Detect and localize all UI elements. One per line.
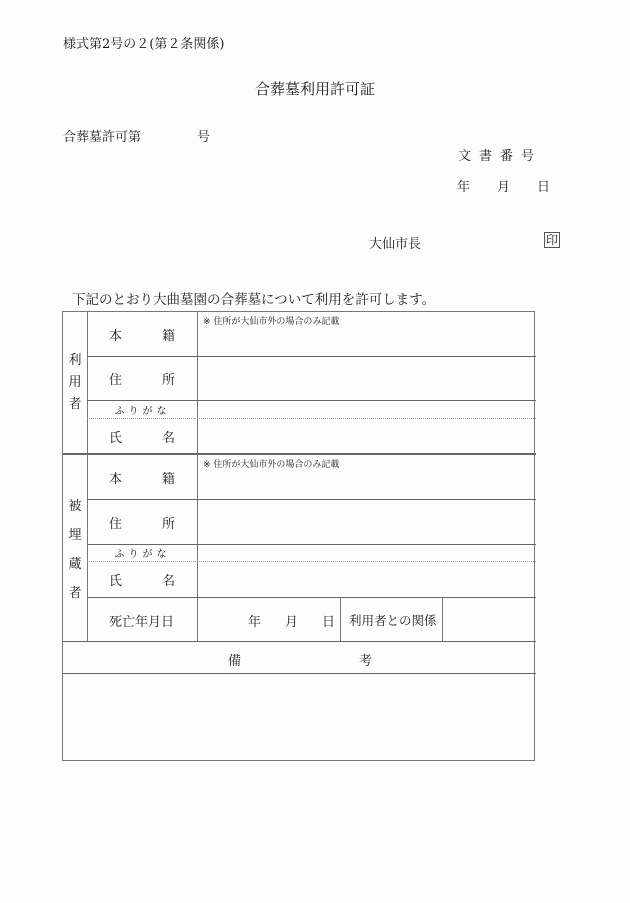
user-name-field[interactable]	[198, 419, 534, 452]
heading-char: 利	[63, 350, 87, 372]
page-title: 合葬墓利用許可証	[0, 78, 630, 99]
heading-char: 者	[63, 394, 87, 416]
user-name-label: 氏名	[109, 419, 175, 453]
label-char: 氏	[109, 570, 122, 589]
document-number-label: 文書番号	[458, 145, 542, 164]
label-char: 住	[109, 513, 122, 532]
deceased-address-label: 住所	[109, 500, 175, 544]
issue-date-month: 月	[497, 176, 537, 195]
label-char: 名	[162, 570, 175, 589]
label-char: 所	[162, 513, 175, 532]
deceased-domicile-field[interactable]	[198, 469, 534, 498]
intro-text: 下記のとおり大曲墓園の合葬墓について利用を許可します。	[72, 288, 435, 308]
form-reference: 様式第2号の２(第２条関係)	[63, 33, 224, 52]
user-section-heading: 利 用 者	[63, 350, 87, 416]
label-char: 本	[109, 325, 122, 344]
heading-char: 者	[63, 579, 87, 608]
label-char: 氏	[109, 427, 122, 446]
issue-date-day: 日	[537, 176, 550, 195]
row-divider	[63, 641, 536, 642]
permit-number-prefix: 合葬墓許可第	[63, 130, 141, 145]
deceased-name-field[interactable]	[198, 562, 534, 596]
remarks-field[interactable]	[64, 674, 534, 760]
label-char: 籍	[162, 325, 175, 344]
relationship-label: 利用者との関係	[349, 611, 437, 629]
label-char: 本	[109, 468, 122, 487]
relationship-field[interactable]	[443, 598, 534, 640]
user-domicile-label: 本籍	[109, 312, 175, 356]
user-domicile-field[interactable]	[198, 326, 534, 355]
deceased-domicile-label: 本籍	[109, 455, 175, 499]
label-char: 籍	[162, 468, 175, 487]
date-of-death-label: 死亡年月日	[109, 611, 174, 630]
issue-date: 年月日	[457, 176, 550, 195]
deceased-section-heading: 被 埋 蔵 者	[63, 492, 87, 608]
user-address-label: 住所	[109, 356, 175, 400]
heading-char: 蔵	[63, 550, 87, 579]
user-furigana-label: ふりがな	[88, 402, 197, 417]
permit-number-suffix: 号	[197, 130, 210, 145]
remarks-heading-char-1: 備	[228, 650, 241, 669]
permit-number: 合葬墓許可第号	[63, 126, 210, 145]
permit-table: 利 用 者 本籍 ※ 住所が大仙市外の場合のみ記載 住所 ふりがな 氏名 被 埋…	[62, 311, 535, 761]
deceased-name-label: 氏名	[109, 562, 175, 597]
deceased-furigana-label: ふりがな	[88, 545, 197, 560]
date-divider	[340, 598, 341, 641]
deceased-furigana-field[interactable]	[198, 545, 534, 561]
section-divider	[87, 312, 88, 641]
heading-char: 用	[63, 372, 87, 394]
label-char: 所	[162, 369, 175, 388]
seal-mark: 印	[544, 232, 560, 248]
user-furigana-field[interactable]	[198, 401, 534, 418]
heading-char: 埋	[63, 521, 87, 550]
deceased-address-field[interactable]	[198, 500, 534, 543]
user-address-field[interactable]	[198, 357, 534, 399]
label-char: 住	[109, 369, 122, 388]
date-of-death-field[interactable]	[198, 598, 339, 640]
remarks-heading-char-2: 考	[359, 650, 372, 669]
heading-char: 被	[63, 492, 87, 521]
issue-date-year: 年	[457, 176, 497, 195]
issuer-name: 大仙市長	[369, 233, 421, 252]
label-char: 名	[162, 427, 175, 446]
